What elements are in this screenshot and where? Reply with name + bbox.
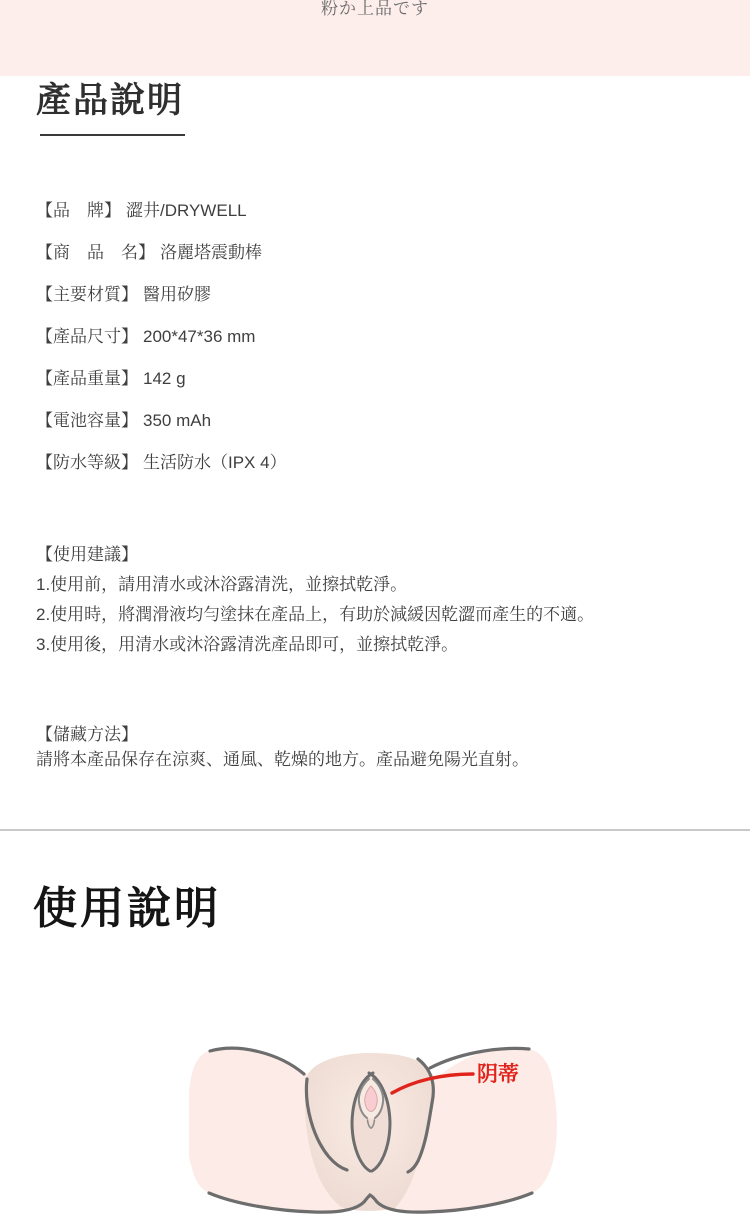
top-banner-text: 粉か上品です (0, 0, 750, 19)
detail-label: 【品 牌】 (36, 201, 121, 220)
storage-text: 請將本產品保存在涼爽、通風、乾燥的地方。產品避免陽光直射。 (36, 747, 720, 772)
detail-value: 生活防水（IPX 4） (143, 453, 287, 472)
section-divider (0, 829, 750, 831)
detail-value: 醫用矽膠 (143, 285, 211, 304)
usage-advice-item: 1.使用前，請用清水或沐浴露清洗，並擦拭乾淨。 (36, 570, 726, 600)
detail-value: 350 mAh (143, 411, 211, 430)
detail-row-weight: 【產品重量】142 g (36, 358, 720, 400)
usage-advice-item: 2.使用時，將潤滑液均勻塗抹在產品上，有助於減緩因乾澀而產生的不適。 (36, 600, 726, 630)
detail-row-brand: 【品 牌】澀井/DRYWELL (36, 190, 720, 232)
detail-label: 【主要材質】 (36, 285, 138, 304)
detail-row-waterproof: 【防水等級】生活防水（IPX 4） (36, 442, 720, 484)
detail-label: 【電池容量】 (36, 411, 138, 430)
detail-label: 【產品重量】 (36, 369, 138, 388)
product-section-title: 產品說明 (36, 80, 184, 122)
detail-value: 澀井/DRYWELL (126, 201, 247, 220)
detail-value: 200*47*36 mm (143, 327, 255, 346)
usage-advice-item: 3.使用後，用清水或沐浴露清洗產品即可，並擦拭乾淨。 (36, 630, 726, 660)
detail-row-material: 【主要材質】醫用矽膠 (36, 274, 720, 316)
detail-row-product-name: 【商 品 名】洛麗塔震動棒 (36, 232, 720, 274)
anatomy-diagram: 阴蒂 (189, 1040, 561, 1225)
clitoris-label: 阴蒂 (477, 1062, 519, 1086)
detail-value: 142 g (143, 369, 186, 388)
detail-label: 【產品尺寸】 (36, 327, 138, 346)
product-details: 【品 牌】澀井/DRYWELL 【商 品 名】洛麗塔震動棒 【主要材質】醫用矽膠… (36, 190, 720, 484)
title-underline (40, 134, 185, 136)
instruction-section-title: 使用說明 (33, 884, 221, 935)
storage-header: 【儲藏方法】 (36, 722, 720, 747)
detail-label: 【防水等級】 (36, 453, 138, 472)
detail-value: 洛麗塔震動棒 (160, 243, 262, 262)
top-banner: 粉か上品です (0, 0, 750, 76)
anatomy-diagram-svg: 阴蒂 (189, 1040, 561, 1225)
detail-label: 【商 品 名】 (36, 243, 155, 262)
page: 粉か上品です 產品說明 【品 牌】澀井/DRYWELL 【商 品 名】洛麗塔震動… (0, 0, 750, 1225)
usage-advice-header: 【使用建議】 (36, 540, 726, 570)
detail-row-size: 【產品尺寸】200*47*36 mm (36, 316, 720, 358)
usage-advice-section: 【使用建議】 1.使用前，請用清水或沐浴露清洗，並擦拭乾淨。 2.使用時，將潤滑… (36, 540, 726, 660)
detail-row-battery: 【電池容量】350 mAh (36, 400, 720, 442)
storage-section: 【儲藏方法】 請將本產品保存在涼爽、通風、乾燥的地方。產品避免陽光直射。 (36, 722, 720, 772)
